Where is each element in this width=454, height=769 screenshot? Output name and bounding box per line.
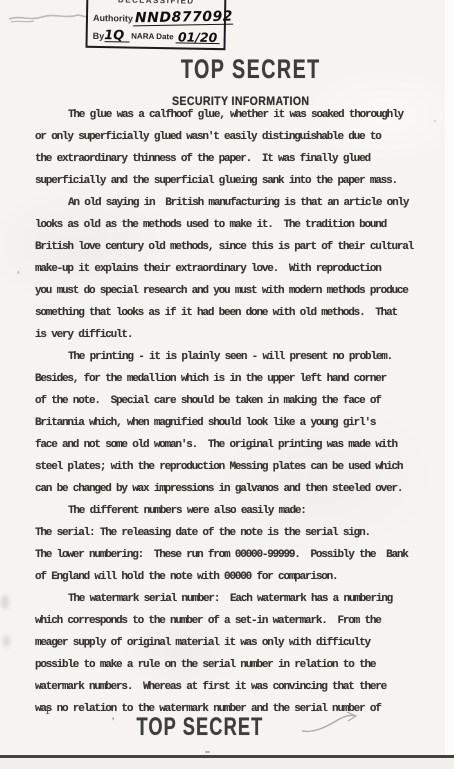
- scan-edge-strip: [445, 0, 454, 769]
- pencil-squiggle-mark: [8, 10, 88, 26]
- body-line: British love century old methods, since …: [35, 236, 435, 258]
- body-line: steel plates; with the reproduction Mess…: [35, 456, 435, 478]
- authority-row: Authority NND877092: [93, 4, 220, 26]
- body-line: is very difficult.: [35, 324, 435, 346]
- body-line: The watermark serial number: Each waterm…: [35, 588, 435, 610]
- body-line: of the note. Special care should be take…: [35, 390, 435, 412]
- declassification-stamp: DECLASSIFIED Authority NND877092 By 1Q N…: [85, 0, 226, 50]
- body-line: face and not some old woman's. The origi…: [35, 434, 435, 456]
- scan-smudge: [1, 595, 9, 609]
- body-text: The glue was a calfhoof glue, whether it…: [35, 104, 435, 720]
- scan-bottom-margin: [0, 758, 454, 769]
- scan-speck: [434, 120, 436, 122]
- classification-text: TOP SECRET: [181, 54, 321, 85]
- scanned-document-page: DECLASSIFIED Authority NND877092 By 1Q N…: [0, 0, 454, 769]
- body-line: looks as old as the methods used to make…: [35, 214, 435, 236]
- authority-number: NND877092: [133, 11, 233, 27]
- pencil-swoosh-mark: [300, 709, 358, 735]
- body-line: watermark numbers. Whereas at first it w…: [35, 676, 435, 698]
- body-line: The different numbers were also easily m…: [35, 500, 435, 522]
- body-line: An old saying in British manufacturing i…: [35, 192, 435, 214]
- top-secret-header-stamp: TOP SECRET: [0, 54, 454, 85]
- body-line: was no relation to the watermark number …: [35, 698, 435, 720]
- body-line: you must do special research and you mus…: [35, 280, 435, 302]
- body-line: The glue was a calfhoof glue, whether it…: [35, 104, 435, 126]
- scan-speck: [205, 751, 210, 753]
- body-line: which corresponds to the number of a set…: [35, 610, 435, 632]
- body-line: Britannia which, when magnified should l…: [35, 412, 435, 434]
- nara-date-label: NARA Date: [129, 32, 176, 44]
- body-line: meager supply of original material it wa…: [35, 632, 435, 654]
- by-date-row: By 1Q NARA Date 01/20: [93, 25, 220, 44]
- body-line: Besides, for the medallion which is in t…: [35, 368, 435, 390]
- body-line: of England will hold the note with 00000…: [35, 566, 435, 588]
- authority-label: Authority: [93, 13, 133, 25]
- nara-date-value: 01/20: [175, 31, 219, 44]
- body-line: The printing - it is plainly seen - will…: [35, 346, 435, 368]
- body-line: can be changed by wax impressions in gal…: [35, 478, 435, 500]
- body-line: or only superficially glued wasn't easil…: [35, 126, 435, 148]
- scan-speck: [17, 271, 20, 274]
- body-line: make-up it explains their extraordinary …: [35, 258, 435, 280]
- body-line: The serial: The releasing date of the no…: [35, 522, 435, 544]
- pencil-margin-numeral: 1: [43, 702, 51, 718]
- body-line: the extraordinary thinness of the paper.…: [35, 148, 435, 170]
- scan-smudge: [3, 636, 10, 647]
- by-label: By: [93, 31, 105, 42]
- bottom-rule-line: [0, 755, 454, 758]
- body-line: superficially and the superficial gluein…: [35, 170, 435, 192]
- body-line: The lower numbering: These run from 0000…: [35, 544, 435, 566]
- body-line: something that looks as if it had been d…: [35, 302, 435, 324]
- by-initials: 1Q: [104, 30, 129, 42]
- pencil-tick-mark: ': [112, 714, 114, 729]
- body-line: possible to make a rule on the serial nu…: [35, 654, 435, 676]
